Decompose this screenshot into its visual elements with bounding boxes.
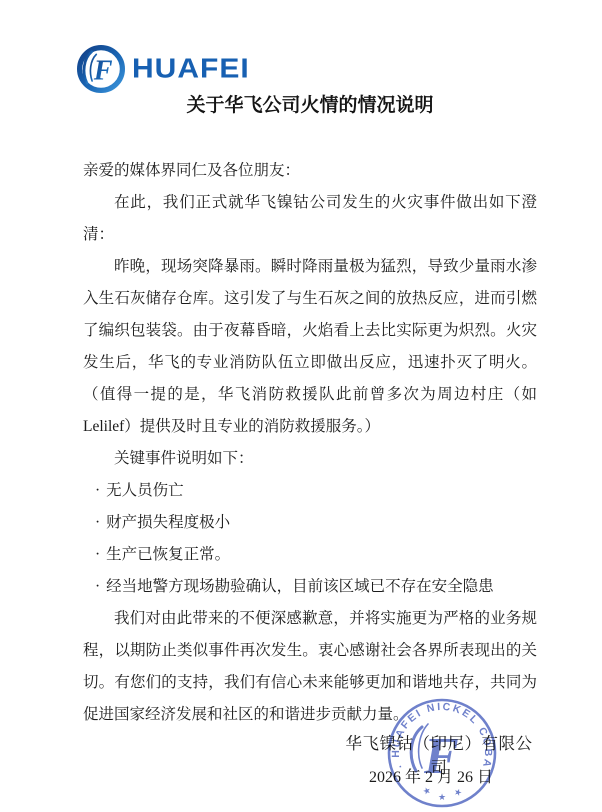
- page-title: 关于华飞公司火情的情况说明: [18, 90, 602, 117]
- list-item-text: 财产损失程度极小: [106, 514, 230, 531]
- list-item-text: 生产已恢复正常。: [106, 546, 230, 563]
- document-page: F HUAFEI 关于华飞公司火情的情况说明 亲爱的媒体界同仁及各位朋友： 在此…: [0, 0, 602, 812]
- key-facts-list: ·无人员伤亡 ·财产损失程度极小 ·生产已恢复正常。 ·经当地警方现场勘验确认，…: [83, 475, 537, 603]
- salutation: 亲爱的媒体界同仁及各位朋友：: [83, 155, 537, 187]
- bullet-icon: ·: [95, 514, 100, 531]
- paragraph-apology-closing: 我们对由此带来的不便深感歉意，并将实施更为严格的业务规程，以期防止类似事件再次发…: [83, 603, 537, 731]
- list-item: ·经当地警方现场勘验确认，目前该区域已不存在安全隐患: [83, 571, 537, 603]
- list-item: ·财产损失程度极小: [83, 507, 537, 539]
- bullet-icon: ·: [95, 546, 100, 563]
- company-logo: F HUAFEI: [77, 45, 250, 93]
- list-item: ·生产已恢复正常。: [83, 539, 537, 571]
- logo-wordmark: HUAFEI: [132, 53, 250, 84]
- letter-body: 亲爱的媒体界同仁及各位朋友： 在此，我们正式就华飞镍钴公司发生的火灾事件做出如下…: [83, 155, 537, 731]
- bullet-icon: ·: [95, 482, 100, 499]
- bullet-icon: ·: [95, 578, 100, 595]
- list-item-text: 经当地警方现场勘验确认，目前该区域已不存在安全隐患: [106, 578, 494, 595]
- list-item: ·无人员伤亡: [83, 475, 537, 507]
- seal-star-right-icon: ★: [453, 786, 464, 798]
- svg-text:F: F: [93, 55, 113, 86]
- document-date: 2026 年 2 月 26 日: [363, 764, 499, 787]
- huafei-logo-icon: F: [77, 45, 125, 93]
- list-item-text: 无人员伤亡: [106, 482, 184, 499]
- paragraph-incident-account: 昨晚，现场突降暴雨。瞬时降雨量极为猛烈，导致少量雨水渗入生石灰储存仓库。这引发了…: [83, 251, 537, 443]
- paragraph-key-facts-intro: 关键事件说明如下：: [83, 443, 537, 475]
- seal-star-center-icon: ★: [438, 792, 446, 802]
- paragraph-clarification-intro: 在此，我们正式就华飞镍钴公司发生的火灾事件做出如下澄清：: [83, 187, 537, 251]
